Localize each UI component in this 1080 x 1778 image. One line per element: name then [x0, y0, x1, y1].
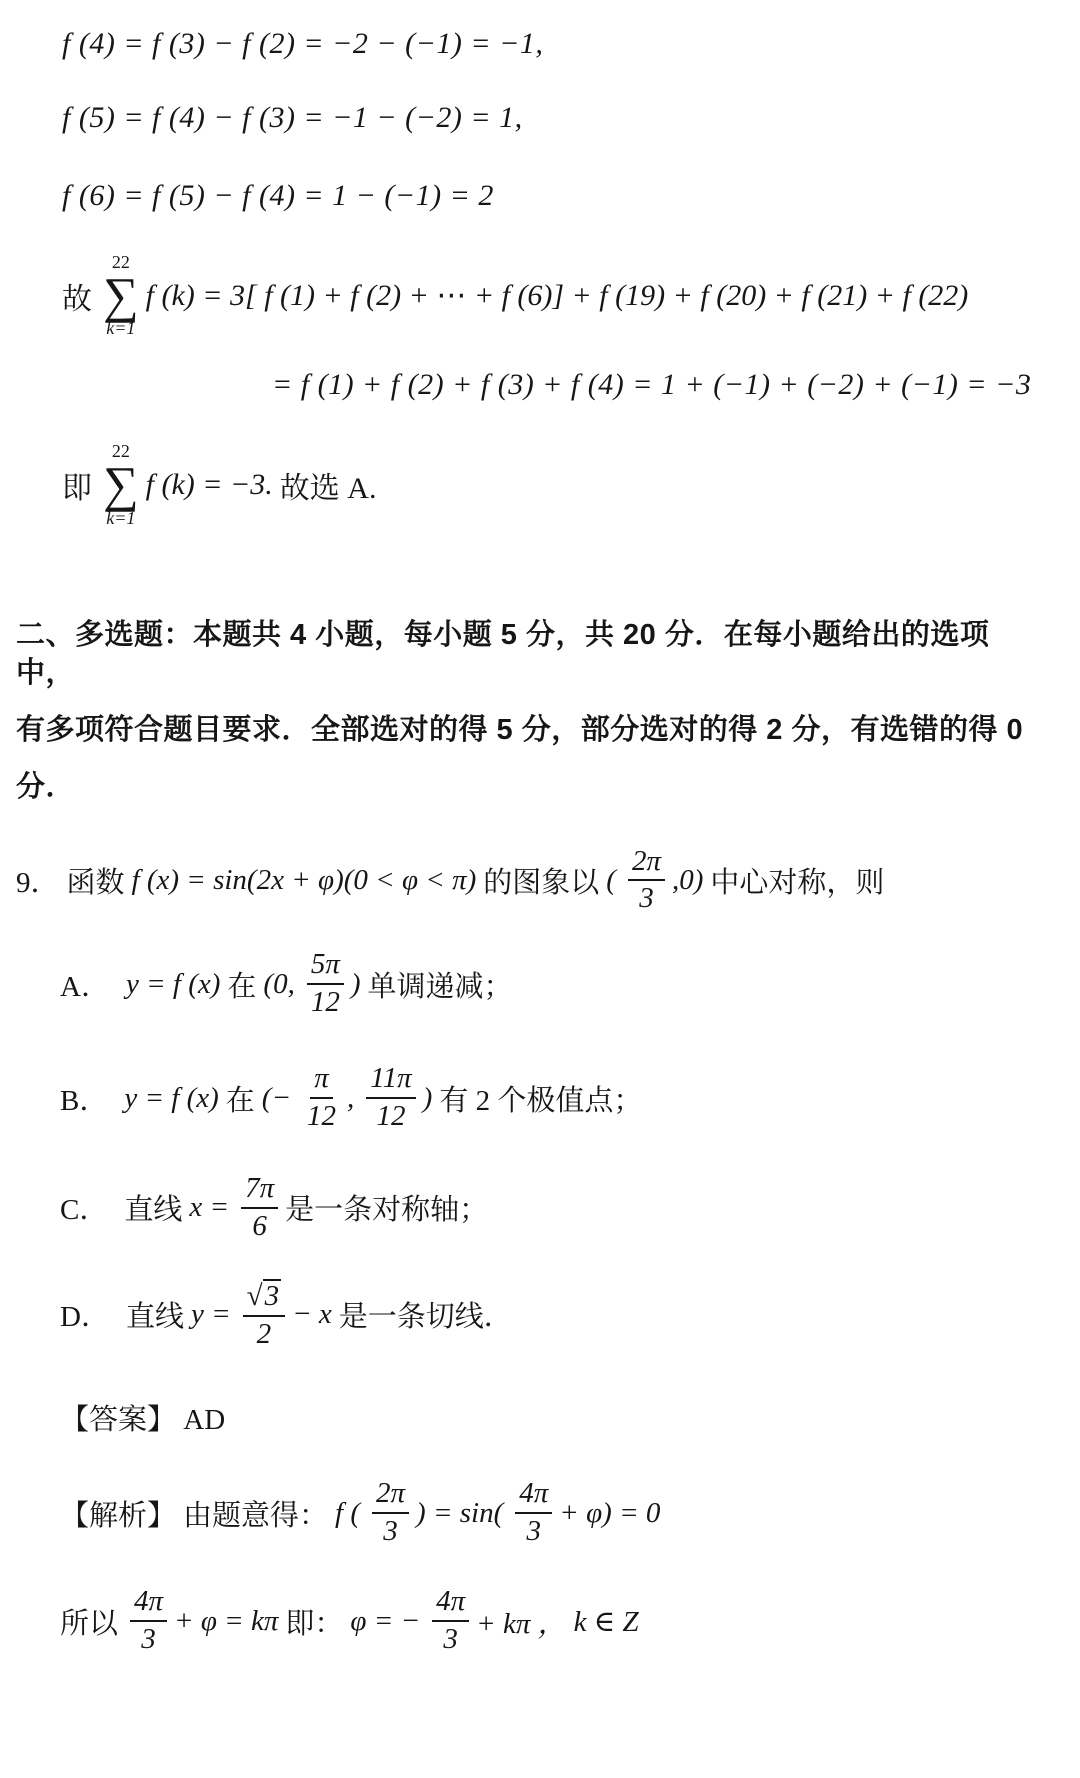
close-paren: ,0) — [672, 864, 703, 897]
analysis-math: ) = sin( — [416, 1497, 503, 1530]
final-math: + kπ ， — [476, 1601, 566, 1642]
fraction-4pi-3: 4π 3 — [130, 1586, 167, 1656]
stem-text: 的图象以 — [483, 860, 599, 901]
summation-equation: 故 22 ∑ k=1 f (k) = 3[ f (1) + f (2) + ⋯ … — [62, 253, 1044, 338]
stem-text: 函数 — [67, 860, 125, 901]
section-header-line2: 有多项符合题目要求．全部选对的得 5 分，部分选对的得 2 分，有选错的得 0 — [16, 711, 1044, 749]
summation-body: f (k) = 3[ f (1) + f (2) + ⋯ + f (6)] + … — [146, 278, 969, 313]
equation-f5: f (5) = f (4) − f (3) = −1 − (−2) = 1, — [62, 101, 1044, 135]
option-b-math: (− — [262, 1082, 291, 1115]
option-b-math: y = f (x) — [124, 1082, 218, 1115]
section-header-line1: 二、多选题：本题共 4 小题，每小题 5 分，共 20 分．在每小题给出的选项中… — [16, 616, 1044, 692]
sigma-notation: 22 ∑ k=1 — [103, 442, 139, 527]
option-b: B． y = f (x) 在 (− π 12 , 11π 12 ) 有 2 个极… — [60, 1063, 1044, 1133]
section-header-line3: 分． — [16, 768, 1044, 806]
final-text: 所以 — [60, 1601, 118, 1642]
analysis-line: 【解析】 由题意得： f ( 2π 3 ) = sin( 4π 3 + φ) =… — [60, 1478, 1044, 1548]
option-c-math: x = — [189, 1191, 229, 1224]
option-d-text: 是一条切线． — [339, 1294, 513, 1335]
conclusion-equation: 即 22 ∑ k=1 f (k) = −3. 故选 A. — [62, 442, 1044, 527]
answer-value: AD — [183, 1404, 225, 1436]
radical-icon: √ — [247, 1281, 263, 1313]
option-a: A． y = f (x) 在 (0, 5π 12 ) 单调递减； — [60, 949, 1044, 1019]
lead-word: 故 — [62, 274, 92, 318]
final-text: 即： — [285, 1601, 343, 1642]
option-a-text: 在 — [227, 964, 256, 1005]
final-math: + φ = kπ — [174, 1605, 278, 1638]
answer-line: 【答案】 AD — [60, 1397, 1044, 1438]
question-number: 9． — [16, 860, 60, 901]
option-a-label: A． — [60, 964, 110, 1005]
option-a-math: (0, — [263, 968, 294, 1001]
sigma-icon: ∑ — [103, 272, 139, 320]
open-paren: ( — [606, 864, 616, 897]
document-page: f (4) = f (3) − f (2) = −2 − (−1) = −1, … — [0, 0, 1080, 1656]
fraction-4pi-3: 4π 3 — [515, 1478, 552, 1548]
answer-label: 【答案】 — [60, 1404, 176, 1436]
option-a-text: 单调递减； — [368, 964, 513, 1005]
option-c-text: 直线 — [124, 1187, 182, 1228]
analysis-math: f ( — [335, 1497, 360, 1530]
option-b-math: ) — [423, 1082, 433, 1115]
fraction-sqrt3-2: √ 3 2 — [243, 1279, 285, 1351]
fraction-5pi-12: 5π 12 — [307, 949, 344, 1019]
option-d-math: − x — [292, 1298, 332, 1331]
option-d-label: D． — [60, 1294, 110, 1335]
option-c: C． 直线 x = 7π 6 是一条对称轴； — [60, 1173, 1044, 1243]
option-b-text: 在 — [226, 1078, 255, 1119]
analysis-label: 【解析】 — [60, 1493, 176, 1534]
stem-text: 中心对称，则 — [710, 860, 884, 901]
fraction-7pi-6: 7π 6 — [241, 1173, 278, 1243]
option-c-text: 是一条对称轴； — [285, 1187, 488, 1228]
final-derivation-line: 所以 4π 3 + φ = kπ 即： φ = − 4π 3 + kπ ， k … — [60, 1586, 1044, 1656]
equation-f4: f (4) = f (3) − f (2) = −2 − (−1) = −1, — [62, 27, 1044, 61]
final-math: k ∈ Z — [574, 1604, 639, 1639]
fraction-pi-12: π 12 — [303, 1063, 340, 1133]
sigma-notation: 22 ∑ k=1 — [103, 253, 139, 338]
question-9-stem: 9． 函数 f (x) = sin(2x + φ)(0 < φ < π) 的图象… — [16, 846, 1044, 916]
final-math: φ = − — [350, 1605, 420, 1638]
equation-f6: f (6) = f (5) − f (4) = 1 − (−1) = 2 — [62, 179, 1044, 213]
fraction-2pi-3: 2π 3 — [628, 846, 665, 916]
analysis-math: + φ) = 0 — [559, 1497, 660, 1530]
option-d-text: 直线 — [126, 1294, 184, 1335]
fraction-11pi-12: 11π 12 — [366, 1063, 415, 1133]
sigma-lower-limit: k=1 — [106, 509, 135, 528]
lead-word: 即 — [62, 463, 92, 507]
option-d-math: y = — [191, 1298, 231, 1331]
fraction-2pi-3: 2π 3 — [372, 1478, 409, 1548]
option-b-label: B． — [60, 1078, 108, 1119]
option-b-text: 有 2 个极值点； — [439, 1078, 642, 1119]
option-b-math: , — [347, 1082, 354, 1115]
option-d: D． 直线 y = √ 3 2 − x 是一条切线． — [60, 1279, 1044, 1351]
section-header: 二、多选题：本题共 4 小题，每小题 5 分，共 20 分．在每小题给出的选项中… — [16, 616, 1044, 806]
stem-function: f (x) = sin(2x + φ)(0 < φ < π) — [132, 864, 477, 897]
conclusion-body: f (k) = −3. — [146, 468, 273, 502]
summation-continued: = f (1) + f (2) + f (3) + f (4) = 1 + (−… — [272, 368, 1044, 402]
answer-choice-note: 故选 A. — [280, 463, 377, 507]
sqrt-numerator: √ 3 — [243, 1279, 285, 1317]
sigma-lower-limit: k=1 — [106, 319, 135, 338]
fraction-4pi-3: 4π 3 — [432, 1586, 469, 1656]
option-c-label: C． — [60, 1187, 108, 1228]
sigma-icon: ∑ — [103, 461, 139, 509]
analysis-text: 由题意得： — [183, 1493, 328, 1534]
option-a-math: y = f (x) — [126, 968, 220, 1001]
option-a-math: ) — [351, 968, 361, 1001]
